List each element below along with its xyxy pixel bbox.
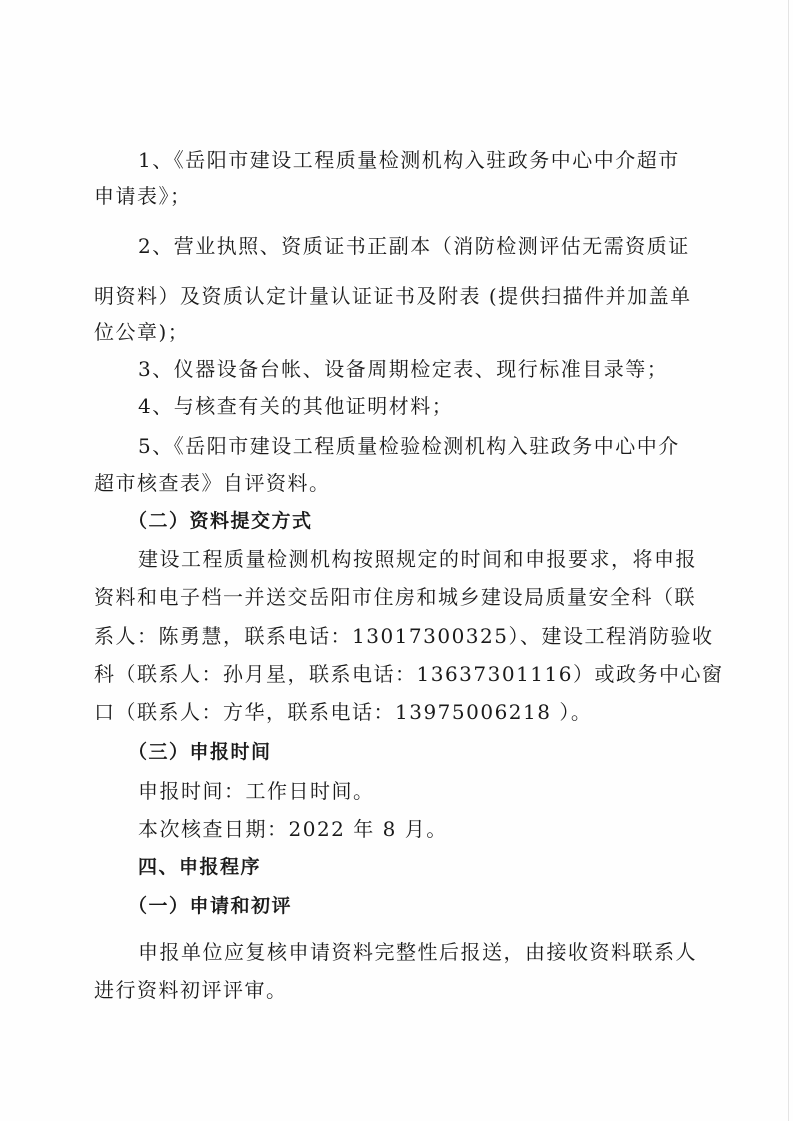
item-5-line-1: 5、《岳阳市建设工程质量检验检测机构入驻政务中心中介 <box>138 432 738 460</box>
document-page: 1、《岳阳市建设工程质量检测机构入驻政务中心中介超市 申请表》； 2、营业执照、… <box>0 0 793 1121</box>
submission-para-line-1: 建设工程质量检测机构按照规定的时间和申报要求，将申报 <box>138 545 738 573</box>
item-1-line-1: 1、《岳阳市建设工程质量检测机构入驻政务中心中介超市 <box>138 146 738 174</box>
sub-heading-submission-method: （二）资料提交方式 <box>128 507 728 535</box>
sub-heading-application-time: （三）申报时间 <box>128 738 728 766</box>
item-2-line-2: 明资料）及资质认定计量认证证书及附表 (提供扫描件并加盖单 <box>94 282 694 310</box>
submission-para-line-2: 资料和电子档一并送交岳阳市住房和城乡建设局质量安全科（联 <box>94 583 694 611</box>
submission-para-line-5: 口（联系人：方华，联系电话：13975006218 ）。 <box>94 698 694 726</box>
item-1-line-2: 申请表》； <box>94 182 694 210</box>
item-2-line-1: 2、营业执照、资质证书正副本（消防检测评估无需资质证 <box>138 232 738 260</box>
submission-para-line-4: 科（联系人：孙月星，联系电话：13637301116）或政务中心窗 <box>94 660 694 688</box>
review-para-line-2: 进行资料初评评审。 <box>94 976 694 1004</box>
application-time-text: 申报时间：工作日时间。 <box>138 777 738 805</box>
section-heading-procedure: 四、申报程序 <box>138 853 738 881</box>
page-edge <box>788 0 789 1121</box>
check-date-text: 本次核查日期：2022 年 8 月。 <box>138 815 738 843</box>
review-para-line-1: 申报单位应复核申请资料完整性后报送，由接收资料联系人 <box>138 938 738 966</box>
sub-heading-application-review: （一）申请和初评 <box>128 892 728 920</box>
item-5-line-2: 超市核查表》自评资料。 <box>94 469 694 497</box>
item-4: 4、与核查有关的其他证明材料； <box>138 392 738 420</box>
item-3: 3、仪器设备台帐、设备周期检定表、现行标准目录等； <box>138 355 738 383</box>
item-2-line-3: 位公章)； <box>94 318 694 346</box>
submission-para-line-3: 系人：陈勇慧，联系电话：13017300325）、建设工程消防验收 <box>94 622 694 650</box>
